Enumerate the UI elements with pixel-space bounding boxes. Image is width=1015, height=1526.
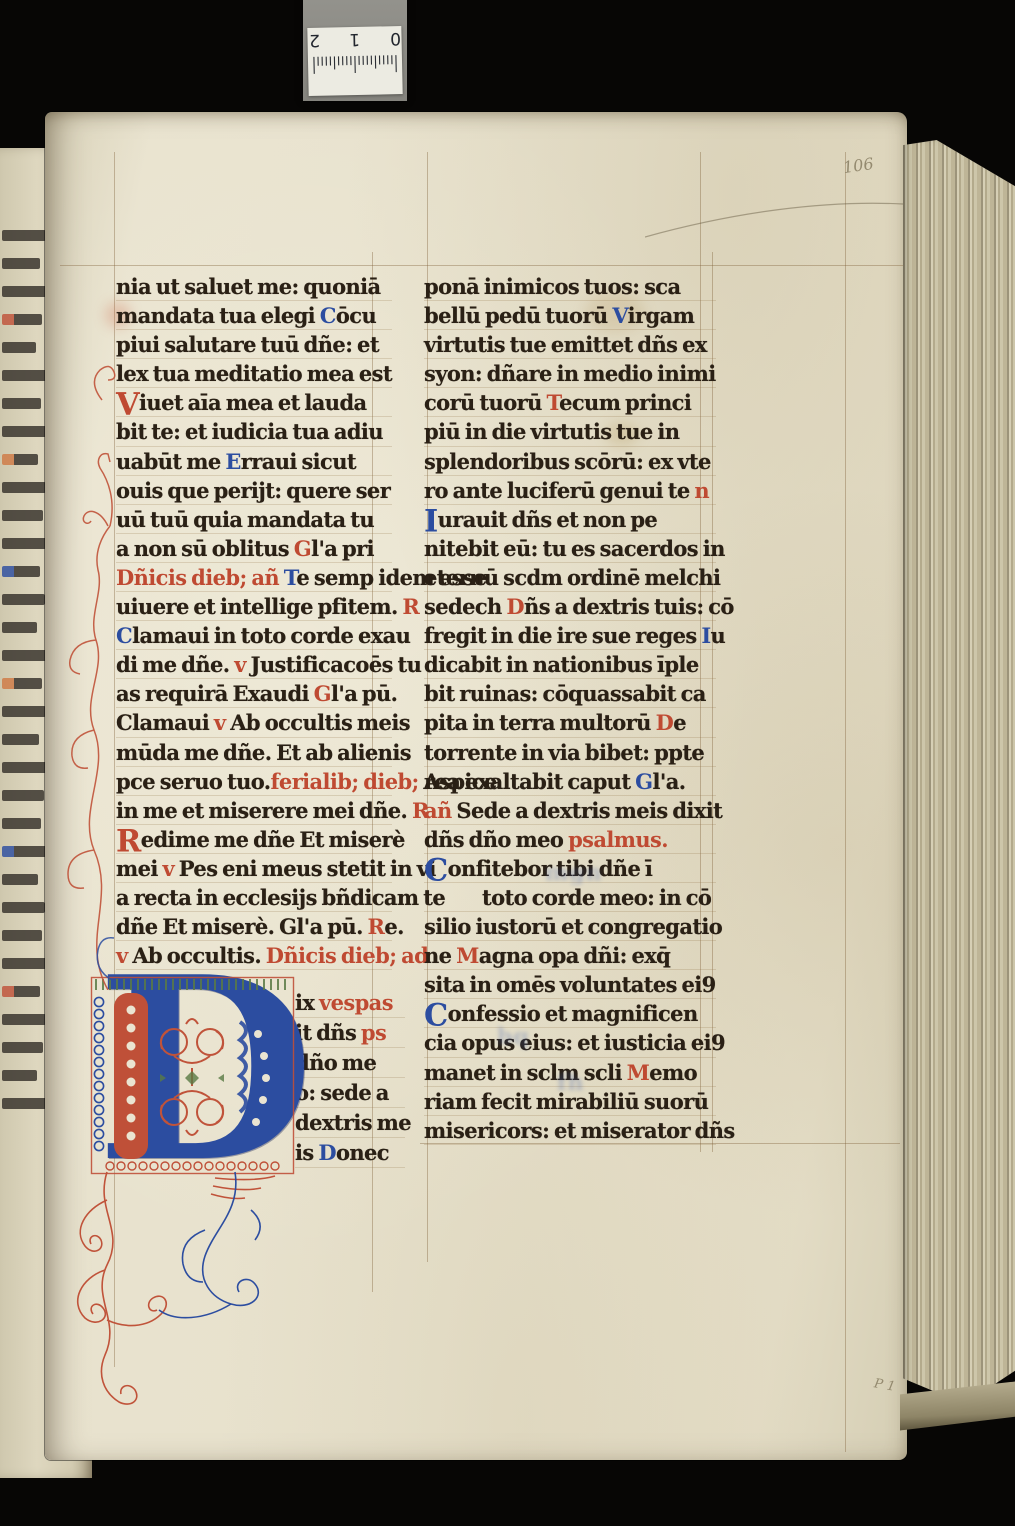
text-line: eternū scdm ordinē melchi: [424, 563, 716, 592]
text-line: sedech Dñs a dextris tuis: cō: [424, 592, 716, 621]
text-line: nia ut saluet me: quoniā: [116, 272, 392, 301]
ruler-labels: 2 1 0: [307, 28, 402, 56]
text-line: virtutis tue emittet dñs ex: [424, 330, 716, 359]
penwork-margin-vine-icon: [50, 340, 125, 990]
facing-text-bar: [2, 594, 45, 605]
facing-text-bar: [2, 622, 37, 633]
text-line: bit ruinas: cōquassabit ca: [424, 679, 716, 708]
text-line: añ Sede a dextris meis dixit: [424, 796, 716, 825]
facing-text-bar: [2, 734, 39, 745]
facing-text-bar: [2, 1070, 37, 1081]
ruler-label-2: 2: [306, 30, 322, 50]
photo-stage: 2 1 0 nia ut saluet me: quoniāmandata tu…: [0, 0, 1015, 1526]
text-line: lex tua meditatio mea est: [116, 359, 392, 388]
facing-text-bar: [2, 930, 42, 941]
facing-page-text-fragment: [2, 230, 50, 1170]
text-line: Clamaui v Ab occultis meis: [116, 708, 392, 737]
facing-text-bar: [2, 986, 40, 997]
text-line: dicabit in nationibus īple: [424, 650, 716, 679]
text-line: bit te: et iudicia tua adiu: [116, 417, 392, 446]
facing-text-bar: [2, 762, 47, 773]
facing-text-bar: [2, 454, 38, 465]
ruler-label-1: 1: [346, 29, 362, 49]
ruler-ticks: [308, 53, 403, 95]
facing-text-bar: [2, 286, 48, 297]
fore-edge-bottom-band: [900, 1381, 1015, 1430]
text-line: Redime me dñe Et miserè: [116, 825, 392, 854]
facing-text-bar: [2, 370, 47, 381]
text-line: nitebit eū: tu es sacerdos in: [424, 534, 716, 563]
facing-text-bar: [2, 818, 41, 829]
facing-text-bar: [2, 1014, 46, 1025]
text-line: a non sū oblitus Gl'a pri: [116, 534, 392, 563]
facing-text-bar: [2, 790, 44, 801]
text-line: Dñicis dieb; añ Te semp idem esse: [116, 563, 392, 592]
facing-text-bar: [2, 510, 43, 521]
text-line: mūda me dñe. Et ab alienis: [116, 738, 392, 767]
text-line: sita in omēs voluntates ei9: [424, 970, 716, 999]
facing-text-bar: [2, 314, 42, 325]
text-line: uabūt me Erraui sicut: [116, 447, 392, 476]
pencil-arc-mark: [645, 182, 905, 242]
facing-text-bar: [2, 706, 46, 717]
facing-text-bar: [2, 426, 49, 437]
ink-showthrough: fh: [557, 1070, 584, 1096]
text-line: Clamaui in toto corde exau: [116, 621, 392, 650]
illuminated-initial: D: [90, 976, 295, 1176]
left-text-column: nia ut saluet me: quoniāmandata tua eleg…: [116, 272, 392, 970]
text-line: misericors: et miserator dñs: [424, 1116, 716, 1145]
ink-showthrough: mgn: [545, 860, 603, 886]
facing-text-bar: [2, 258, 40, 269]
text-line: di me dñe. v Justificacoēs tu: [116, 650, 392, 679]
ruler-tab: 2 1 0: [303, 0, 407, 101]
ink-showthrough: bq: [497, 1024, 530, 1050]
penwork-tail-flourish-icon: [55, 1170, 385, 1415]
ruling-line: [845, 152, 846, 1452]
text-line: pce seruo tuo.ferialib; dieb; Aspice: [116, 767, 392, 796]
text-line: toto corde meo: in cō: [424, 883, 716, 912]
facing-text-bar: [2, 482, 46, 493]
facing-text-bar: [2, 650, 48, 661]
facing-text-bar: [2, 342, 36, 353]
facing-text-bar: [2, 678, 42, 689]
text-line: pita in terra multorū De: [424, 708, 716, 737]
text-line: as requirā Exaudi Gl'a pū.: [116, 679, 392, 708]
text-line: silio iustorū et congregatio: [424, 912, 716, 941]
facing-text-bar: [2, 566, 40, 577]
facing-text-bar: [2, 902, 45, 913]
manuscript-page: nia ut saluet me: quoniāmandata tua eleg…: [45, 112, 907, 1460]
text-line: fregit in die ire sue reges Iu: [424, 621, 716, 650]
text-line: uiuere et intellige pfitem. R: [116, 592, 392, 621]
text-line: in me et miserere mei dñe. R: [116, 796, 392, 825]
facing-text-bar: [2, 958, 47, 969]
text-line: Viuet aīa mea et lauda: [116, 388, 392, 417]
initial-penwork-ornament-icon: [90, 976, 295, 1176]
text-line: splendoribus scōrū: ex vte: [424, 447, 716, 476]
text-line: corū tuorū Tecum princi: [424, 388, 716, 417]
text-line: cia opus eius: et iusticia ei9: [424, 1028, 716, 1057]
fore-edge-page-stack: [903, 140, 1015, 1422]
text-line: ne Magna opa dñi: exq̄: [424, 941, 716, 970]
text-line: uū tuū quia mandata tu: [116, 505, 392, 534]
text-line: mei v Pes eni meus stetit in vi: [116, 854, 392, 883]
text-line: Confessio et magnificen: [424, 999, 716, 1028]
facing-text-bar: [2, 230, 46, 241]
text-line: ro ante luciferū genui te n: [424, 476, 716, 505]
ruler-label-0: 0: [387, 28, 403, 48]
text-line: a recta in ecclesijs bñdicam te: [116, 883, 392, 912]
ruling-line: [60, 265, 905, 266]
text-line: rea exaltabit caput Gl'a.: [424, 767, 716, 796]
facing-text-bar: [2, 398, 41, 409]
text-line: dñs dño meo psalmus.: [424, 825, 716, 854]
text-line: ponā inimicos tuos: sca: [424, 272, 716, 301]
text-line: bellū pedū tuorū Virgam: [424, 301, 716, 330]
facing-text-bar: [2, 538, 48, 549]
facing-text-bar: [2, 874, 38, 885]
text-line: piui salutare tuū dñe: et: [116, 330, 392, 359]
text-line: torrente in via bibet: ppte: [424, 738, 716, 767]
facing-text-bar: [2, 1098, 47, 1109]
text-line: ouis que perijt: quere ser: [116, 476, 392, 505]
text-line: Iurauit dñs et non pe: [424, 505, 716, 534]
text-line: piū in die virtutis tue in: [424, 417, 716, 446]
text-line: syon: dñare in medio inimi: [424, 359, 716, 388]
text-line: mandata tua elegi Cōcu: [116, 301, 392, 330]
right-text-column: ponā inimicos tuos: scabellū pedū tuorū …: [424, 272, 716, 1145]
facing-text-bar: [2, 846, 48, 857]
centimeter-ruler: 2 1 0: [307, 26, 402, 96]
facing-text-bar: [2, 1042, 43, 1053]
